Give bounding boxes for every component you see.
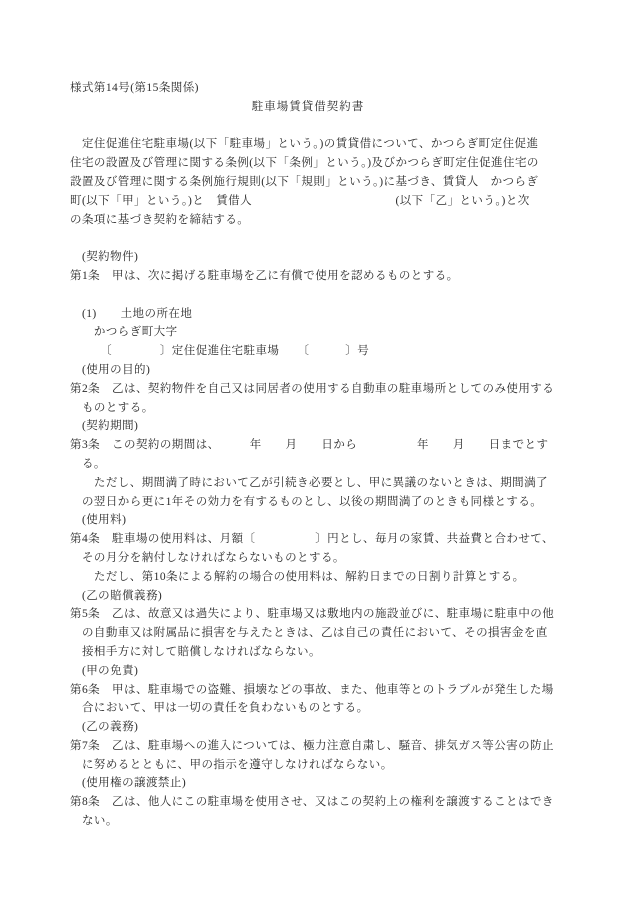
article-3-proviso-2: の翌日から更に1年その効力を有するものとし、以後の期間満了のときも同様とする。 [70, 493, 574, 512]
article-8-heading: (使用権の譲渡禁止) [70, 774, 574, 793]
article-3-text-2: る。 [70, 455, 574, 474]
item-1-label: (1) 土地の所在地 [70, 305, 574, 324]
article-2-text-1: 第2条 乙は、契約物件を自己又は同居者の使用する自動車の駐車場所としてのみ使用す… [70, 380, 574, 399]
article-1-text: 第1条 甲は、次に掲げる駐車場を乙に有償で使用を認めるものとする。 [70, 267, 574, 286]
contract-document-page: 様式第14号(第15条関係)駐車場賃貸借契約書 定住促進住宅駐車場(以下「駐車場… [0, 0, 630, 915]
article-7-heading: (乙の義務) [70, 718, 574, 737]
preamble-line-3: 設置及び管理に関する条例施行規則(以下「規則」という。)に基づき、賃貸人 かつら… [70, 173, 574, 192]
article-3-proviso-1: ただし、期間満了時において乙が引続き必要とし、甲に異議のないときは、期間満了 [70, 474, 574, 493]
preamble-line-5: の条項に基づき契約を締結する。 [70, 211, 574, 230]
article-3-text-1: 第3条 この契約の期間は、 年 月 日から 年 月 日までとす [70, 436, 574, 455]
article-6-heading: (甲の免責) [70, 662, 574, 681]
article-6-text-2: 合において、甲は一切の責任を負わないものとする。 [70, 699, 574, 718]
article-6-text-1: 第6条 甲は、駐車場での盗難、損壊などの事故、また、他車等とのトラブルが発生した… [70, 681, 574, 700]
blank-line [70, 229, 574, 248]
preamble-line-2: 住宅の設置及び管理に関する条例(以下「条例」という。)及びかつらぎ町定住促進住宅… [70, 154, 574, 173]
item-1-fill-in-blanks: 〔 〕定住促進住宅駐車場 〔 〕号 [70, 342, 574, 361]
article-5-heading: (乙の賠償義務) [70, 587, 574, 606]
document-title: 駐車場賃貸借契約書 [70, 98, 574, 117]
article-5-text-3: 接相手方に対して賠償しなければならない。 [70, 643, 574, 662]
blank-line [70, 117, 574, 136]
blank-line [70, 286, 574, 305]
article-1-heading: (契約物件) [70, 248, 574, 267]
article-4-proviso: ただし、第10条による解約の場合の使用料は、解約日までの日割り計算とする。 [70, 568, 574, 587]
article-4-heading: (使用料) [70, 511, 574, 530]
article-2-heading: (使用の目的) [70, 361, 574, 380]
preamble-line-1: 定住促進住宅駐車場(以下「駐車場」という。)の賃貸借について、かつらぎ町定住促進 [70, 135, 574, 154]
article-4-text-2: その月分を納付しなければならないものとする。 [70, 549, 574, 568]
article-8-text-2: ない。 [70, 812, 574, 831]
article-2-text-2: ものとする。 [70, 399, 574, 418]
article-5-text-1: 第5条 乙は、故意又は過失により、駐車場又は敷地内の施設並びに、駐車場に駐車中の… [70, 605, 574, 624]
article-5-text-2: の自動車又は附属品に損害を与えたときは、乙は自己の責任において、その損害金を直 [70, 624, 574, 643]
article-4-text-1: 第4条 駐車場の使用料は、月額〔 〕円とし、毎月の家賃、共益費と合わせて、 [70, 530, 574, 549]
form-number: 様式第14号(第15条関係) [70, 79, 574, 98]
item-1-address: かつらぎ町大字 [70, 323, 574, 342]
preamble-line-4: 町(以下「甲」という。)と 賃借人 (以下「乙」という。)と次 [70, 192, 574, 211]
article-3-heading: (契約期間) [70, 417, 574, 436]
article-8-text-1: 第8条 乙は、他人にこの駐車場を使用させ、又はこの契約上の権利を譲渡することはで… [70, 793, 574, 812]
article-7-text-2: に努めるとともに、甲の指示を遵守しなければならない。 [70, 756, 574, 775]
article-7-text-1: 第7条 乙は、駐車場への進入については、極力注意自粛し、騒音、排気ガス等公害の防… [70, 737, 574, 756]
document-body: 様式第14号(第15条関係)駐車場賃貸借契約書 定住促進住宅駐車場(以下「駐車場… [70, 79, 574, 831]
